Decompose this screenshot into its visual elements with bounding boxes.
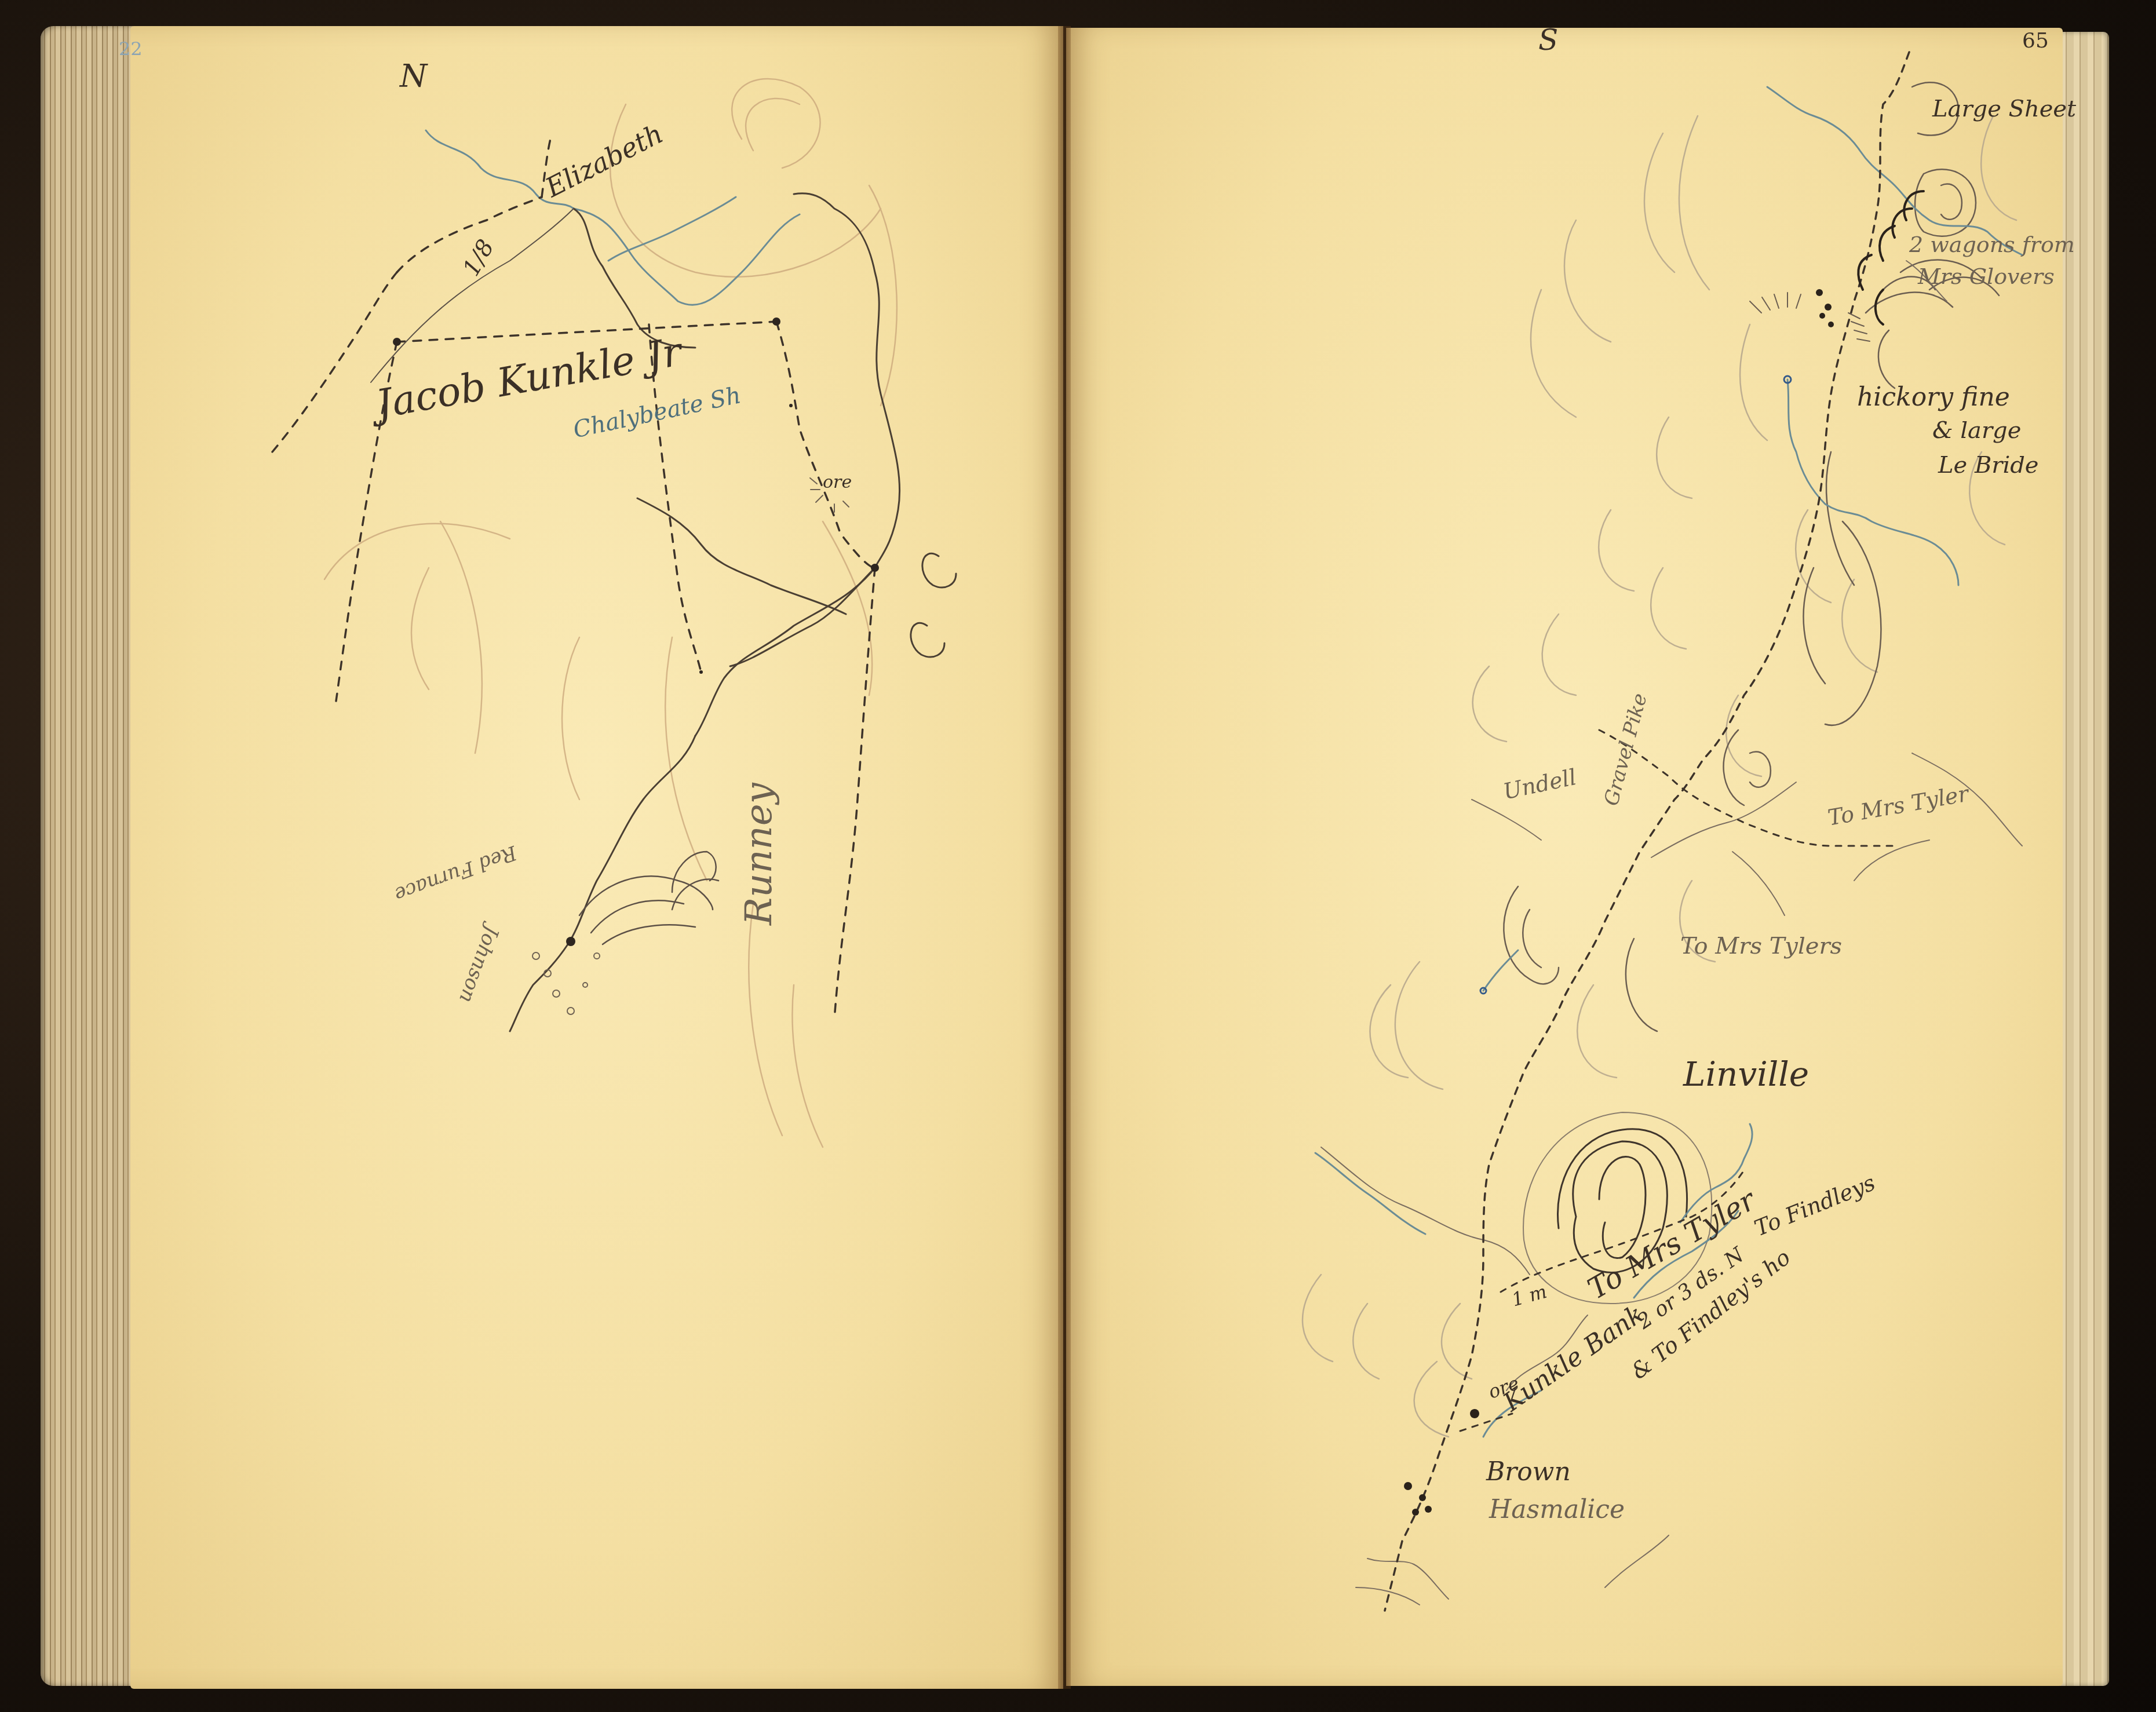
corner-mark-left: 22 [119, 38, 143, 60]
right-hachures [1750, 293, 1870, 341]
label-le-bride: Le Bride [1938, 452, 2039, 479]
label-ore-left: ore [823, 472, 852, 492]
label-large-sheet: Large Sheet [1932, 96, 2076, 122]
compass-south: S [1538, 23, 1558, 57]
label-linville: Linville [1683, 1054, 1809, 1094]
left-contour-lines [324, 79, 897, 1147]
right-blue-markers [1480, 376, 1791, 994]
left-hill-hachures [579, 852, 718, 944]
left-streams-pencil [510, 194, 900, 1031]
hand-drawn-map-sketches [0, 0, 2156, 1712]
right-streams-pencil [1321, 261, 2022, 1605]
right-ridge-contours [1504, 82, 1999, 1031]
label-wagons-from: 2 wagons from [1909, 232, 2075, 257]
label-brown: Brown [1486, 1457, 1571, 1487]
label-hasmalice: Hasmalice [1489, 1495, 1625, 1524]
label-runney: Runney [738, 783, 780, 925]
label-mrs-glovers: Mrs Glovers [1918, 264, 2055, 289]
label-to-mrs-tylers-mid: To Mrs Tylers [1680, 933, 1842, 959]
left-dot-trail [532, 952, 600, 1014]
label-hickory-fine: hickory fine [1857, 382, 2010, 412]
compass-north: N [400, 58, 427, 94]
label-and-large: & large [1932, 417, 2021, 444]
left-c-hills [911, 553, 956, 657]
page-number: 65 [2022, 29, 2049, 53]
